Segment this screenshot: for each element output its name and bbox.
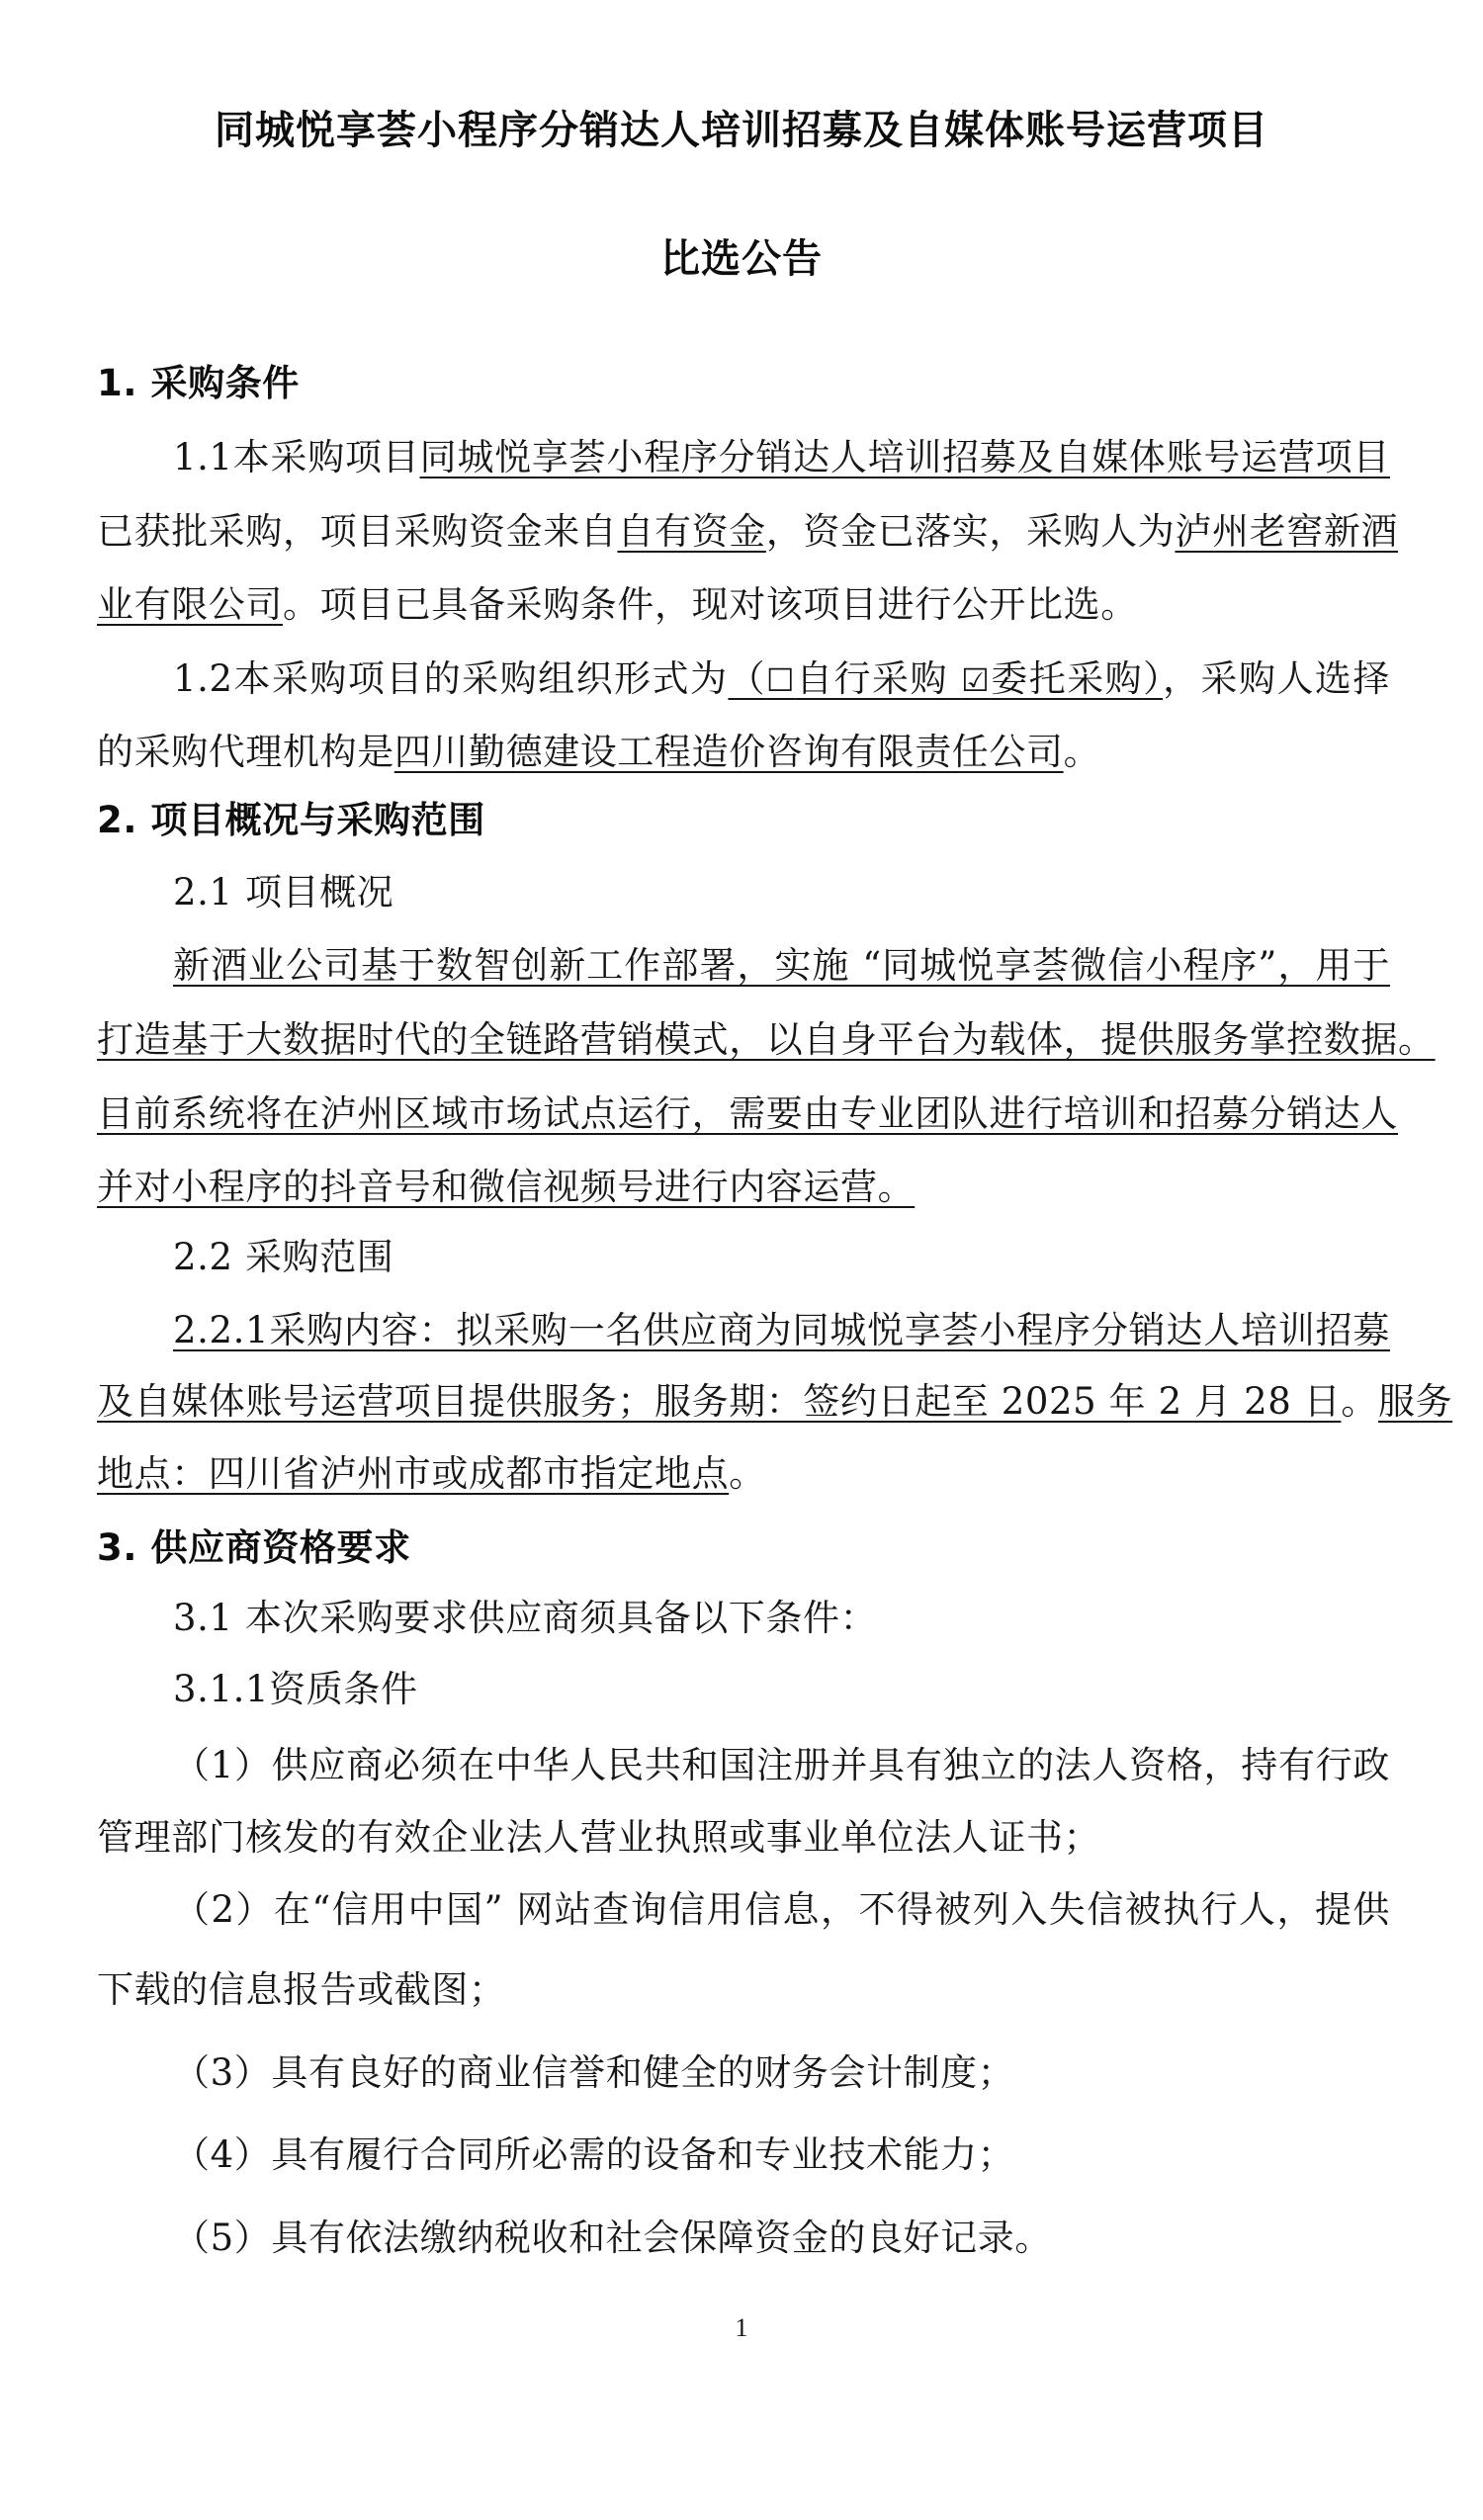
overview-line3: 目前系统将在泸州区域市场试点运行，需要由专业团队进行培训和招募分销达人 xyxy=(97,1089,1390,1139)
p1-1-mid1: 已获批采购，项目采购资金来自 xyxy=(97,510,617,553)
close-paren: ） xyxy=(1143,657,1163,700)
p1-2-line2-prefix: 的采购代理机构是 xyxy=(97,731,394,773)
checkbox-unchecked-icon[interactable]: ☐ xyxy=(766,661,795,699)
option-self-procurement: 自行采购 xyxy=(795,657,948,700)
p1-1-prefix: 1.1本采购项目 xyxy=(173,436,420,478)
overview-text: 新酒业公司基于数智创新工作部署，实施 “同城悦享荟微信小程序”，用于 xyxy=(173,944,1390,987)
paragraph-1-1-line3: 业有限公司。项目已具备采购条件，现对该项目进行公开比选。 xyxy=(97,580,1390,630)
page-number: 1 xyxy=(0,2313,1483,2343)
service-period-text: 及自媒体账号运营项目提供服务；服务期：签约日起至 2025 年 2 月 28 日 xyxy=(97,1380,1341,1423)
scope-line1: 2.2.1采购内容：拟采购一名供应商为同城悦享荟小程序分销达人培训招募 xyxy=(173,1306,1390,1355)
p1-1-mid2: ，资金已落实，采购人为 xyxy=(766,510,1176,553)
checkbox-checked-icon[interactable]: ☑ xyxy=(961,661,990,699)
option-entrusted-procurement: 委托采购 xyxy=(990,657,1143,700)
paragraph-1-1-line1: 1.1本采购项目同城悦享荟小程序分销达人培训招募及自媒体账号运营项目 xyxy=(173,433,1390,482)
service-location-label: 服务 xyxy=(1378,1380,1452,1423)
subsection-3-1: 3.1 本次采购要求供应商须具备以下条件： xyxy=(173,1594,1390,1643)
overview-line4: 并对小程序的抖音号和微信视频号进行内容运营。 xyxy=(97,1163,1390,1212)
requirement-1-line1: （1）供应商必须在中华人民共和国注册并具有独立的法人资格，持有行政 xyxy=(173,1741,1390,1790)
scope-line3: 地点：四川省泸州市或成都市指定地点。 xyxy=(97,1449,1390,1499)
paragraph-1-2-line2: 的采购代理机构是四川勤德建设工程造价咨询有限责任公司。 xyxy=(97,728,1390,777)
open-paren: （ xyxy=(728,657,765,700)
subsection-3-1-1: 3.1.1资质条件 xyxy=(173,1665,1390,1714)
scope-text: 2.2.1采购内容：拟采购一名供应商为同城悦享荟小程序分销达人培训招募 xyxy=(173,1309,1390,1351)
document-title-line2: 比选公告 xyxy=(0,231,1483,287)
service-location-text: 地点：四川省泸州市或成都市指定地点 xyxy=(97,1452,729,1495)
scope-line2: 及自媒体账号运营项目提供服务；服务期：签约日起至 2025 年 2 月 28 日… xyxy=(97,1377,1390,1427)
purchaser-name-part2: 业有限公司 xyxy=(97,583,283,626)
overview-text: 目前系统将在泸州区域市场试点运行，需要由专业团队进行培训和招募分销达人 xyxy=(97,1092,1398,1135)
subsection-2-2-heading: 2.2 采购范围 xyxy=(173,1233,1390,1282)
requirement-3: （3）具有良好的商业信誉和健全的财务会计制度； xyxy=(173,2048,1390,2098)
requirement-5: （5）具有依法缴纳税收和社会保障资金的良好记录。 xyxy=(173,2214,1390,2263)
paragraph-1-2-line1: 1.2本采购项目的采购组织形式为（☐自行采购 ☑委托采购），采购人选择 xyxy=(173,654,1390,704)
section-2-heading: 2. 项目概况与采购范围 xyxy=(97,796,485,845)
procurement-agency: 四川勤德建设工程造价咨询有限责任公司 xyxy=(394,731,1064,773)
period-punct: 。 xyxy=(729,1452,766,1495)
requirement-1-line2: 管理部门核发的有效企业法人营业执照或事业单位法人证书； xyxy=(97,1813,1390,1863)
fund-source: 自有资金 xyxy=(617,510,765,553)
section-1-heading: 1. 采购条件 xyxy=(97,359,300,408)
period-punct: 。 xyxy=(1341,1380,1378,1423)
overview-line2: 打造基于大数据时代的全链路营销模式，以自身平台为载体，提供服务掌控数据。 xyxy=(97,1015,1390,1065)
p1-2-mid: ，采购人选择 xyxy=(1163,657,1390,700)
requirement-2-line1: （2）在“信用中国” 网站查询信用信息，不得被列入失信被执行人，提供 xyxy=(173,1885,1390,1935)
requirement-4: （4）具有履行合同所必需的设备和专业技术能力； xyxy=(173,2130,1390,2180)
section-3-heading: 3. 供应商资格要求 xyxy=(97,1523,411,1573)
overview-line1: 新酒业公司基于数智创新工作部署，实施 “同城悦享荟微信小程序”，用于 xyxy=(173,941,1390,991)
purchaser-name-part1: 泸州老窖新酒 xyxy=(1175,510,1398,553)
requirement-2-line2: 下载的信息报告或截图； xyxy=(97,1965,1390,2015)
p1-2-prefix: 1.2本采购项目的采购组织形式为 xyxy=(173,657,728,700)
document-page: 同城悦享荟小程序分销达人培训招募及自媒体账号运营项目 比选公告 1. 采购条件 … xyxy=(0,0,1483,2520)
p1-2-tail: 。 xyxy=(1064,731,1101,773)
project-name: 同城悦享荟小程序分销达人培训招募及自媒体账号运营项目 xyxy=(420,436,1390,478)
document-title-line1: 同城悦享荟小程序分销达人培训招募及自媒体账号运营项目 xyxy=(0,103,1483,158)
subsection-2-1-heading: 2.1 项目概况 xyxy=(173,868,1390,917)
paragraph-1-1-line2: 已获批采购，项目采购资金来自自有资金，资金已落实，采购人为泸州老窖新酒 xyxy=(97,507,1390,557)
p1-1-tail: 。项目已具备采购条件，现对该项目进行公开比选。 xyxy=(283,583,1138,626)
overview-text: 并对小程序的抖音号和微信视频号进行内容运营。 xyxy=(97,1166,915,1208)
overview-text: 打造基于大数据时代的全链路营销模式，以自身平台为载体，提供服务掌控数据。 xyxy=(97,1018,1436,1061)
procurement-form-options: （☐自行采购 ☑委托采购） xyxy=(728,657,1163,700)
